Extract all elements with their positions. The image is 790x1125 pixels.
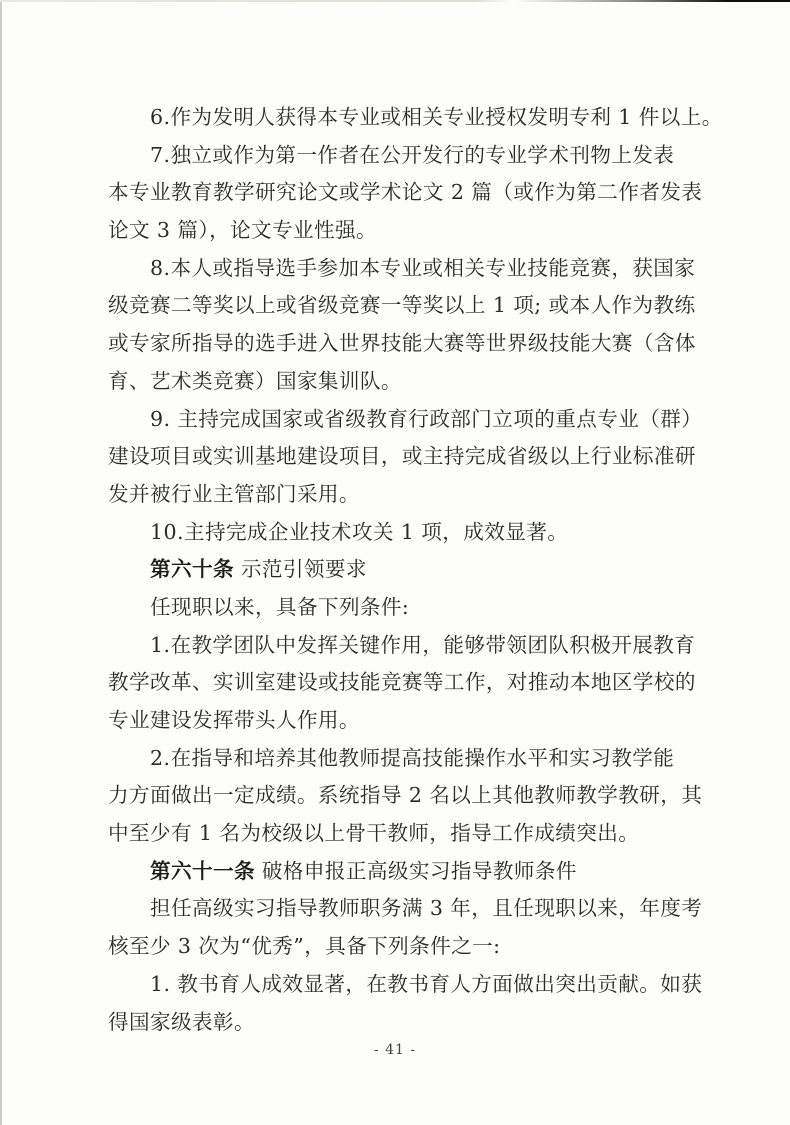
text-line: 发并被行业主管部门采用。 [108,476,696,514]
line-text: 论文 3 篇），论文专业性强。 [108,218,377,242]
line-text: 9. 主持完成国家或省级教育行政部门立项的重点专业（群） [150,407,702,431]
line-text: 2.在指导和培养其他教师提高技能操作水平和实习教学能 [150,746,674,770]
line-text: 或专家所指导的选手进入世界技能大赛等世界级技能大赛（含体 [108,331,696,355]
article-heading-line: 第六十一条 破格申报正高级实习指导教师条件 [108,853,696,891]
line-text: 核至少 3 次为“优秀”，具备下列条件之一: [108,934,501,958]
article-number: 第六十一条 [150,859,255,883]
document-body: 6.作为发明人获得本专业或相关专业授权发明专利 1 件以上。7.独立或作为第一作… [108,99,696,1041]
scan-edge-left [0,0,2,1125]
line-text: 级竞赛二等奖以上或省级竞赛一等奖以上 1 项; 或本人作为教练 [108,293,696,317]
line-text: 破格申报正高级实习指导教师条件 [255,859,577,883]
line-text: 10.主持完成企业技术攻关 1 项，成效显著。 [150,520,568,544]
text-line: 担任高级实习指导教师职务满 3 年，且任现职以来，年度考 [108,890,696,928]
text-line: 1. 教书育人成效显著，在教书育人方面做出突出贡献。如获 [108,966,696,1004]
text-line: 专业建设发挥带头人作用。 [108,702,696,740]
line-text: 专业建设发挥带头人作用。 [108,708,360,732]
document-page: 6.作为发明人获得本专业或相关专业授权发明专利 1 件以上。7.独立或作为第一作… [0,0,790,1125]
text-line: 教学改革、实训室建设或技能竞赛等工作，对推动本地区学校的 [108,664,696,702]
text-line: 得国家级表彰。 [108,1004,696,1042]
text-line: 任现职以来，具备下列条件: [108,589,696,627]
text-line: 6.作为发明人获得本专业或相关专业授权发明专利 1 件以上。 [108,99,696,137]
text-line: 9. 主持完成国家或省级教育行政部门立项的重点专业（群） [108,401,696,439]
text-line: 核至少 3 次为“优秀”，具备下列条件之一: [108,928,696,966]
line-text: 8.本人或指导选手参加本专业或相关专业技能竞赛，获国家 [150,256,695,280]
line-text: 示范引领要求 [234,557,367,581]
scan-edge-top [0,0,790,2]
page-number: - 41 - [0,1042,790,1058]
line-text: 发并被行业主管部门采用。 [108,482,360,506]
article-number: 第六十条 [150,557,234,581]
text-line: 10.主持完成企业技术攻关 1 项，成效显著。 [108,514,696,552]
text-line: 建设项目或实训基地建设项目，或主持完成省级以上行业标准研 [108,438,696,476]
line-text: 6.作为发明人获得本专业或相关专业授权发明专利 1 件以上。 [150,105,723,129]
line-text: 1. 教书育人成效显著，在教书育人方面做出突出贡献。如获 [150,972,702,996]
line-text: 本专业教育教学研究论文或学术论文 2 篇（或作为第二作者发表 [108,180,702,204]
line-text: 得国家级表彰。 [108,1010,255,1034]
line-text: 育、艺术类竞赛）国家集训队。 [108,369,402,393]
line-text: 1.在教学团队中发挥关键作用，能够带领团队积极开展教育 [150,633,695,657]
line-text: 担任高级实习指导教师职务满 3 年，且任现职以来，年度考 [150,896,702,920]
text-line: 7.独立或作为第一作者在公开发行的专业学术刊物上发表 [108,137,696,175]
text-line: 力方面做出一定成绩。系统指导 2 名以上其他教师教学教研，其 [108,777,696,815]
article-heading-line: 第六十条 示范引领要求 [108,551,696,589]
text-line: 2.在指导和培养其他教师提高技能操作水平和实习教学能 [108,740,696,778]
text-line: 育、艺术类竞赛）国家集训队。 [108,363,696,401]
text-line: 论文 3 篇），论文专业性强。 [108,212,696,250]
text-line: 本专业教育教学研究论文或学术论文 2 篇（或作为第二作者发表 [108,174,696,212]
text-line: 1.在教学团队中发挥关键作用，能够带领团队积极开展教育 [108,627,696,665]
line-text: 中至少有 1 名为校级以上骨干教师，指导工作成绩突出。 [108,821,639,845]
line-text: 教学改革、实训室建设或技能竞赛等工作，对推动本地区学校的 [108,670,696,694]
line-text: 任现职以来，具备下列条件: [150,595,409,619]
line-text: 力方面做出一定成绩。系统指导 2 名以上其他教师教学教研，其 [108,783,702,807]
line-text: 建设项目或实训基地建设项目，或主持完成省级以上行业标准研 [108,444,696,468]
text-line: 级竞赛二等奖以上或省级竞赛一等奖以上 1 项; 或本人作为教练 [108,287,696,325]
text-line: 或专家所指导的选手进入世界技能大赛等世界级技能大赛（含体 [108,325,696,363]
line-text: 7.独立或作为第一作者在公开发行的专业学术刊物上发表 [150,143,674,167]
text-line: 中至少有 1 名为校级以上骨干教师，指导工作成绩突出。 [108,815,696,853]
text-line: 8.本人或指导选手参加本专业或相关专业技能竞赛，获国家 [108,250,696,288]
